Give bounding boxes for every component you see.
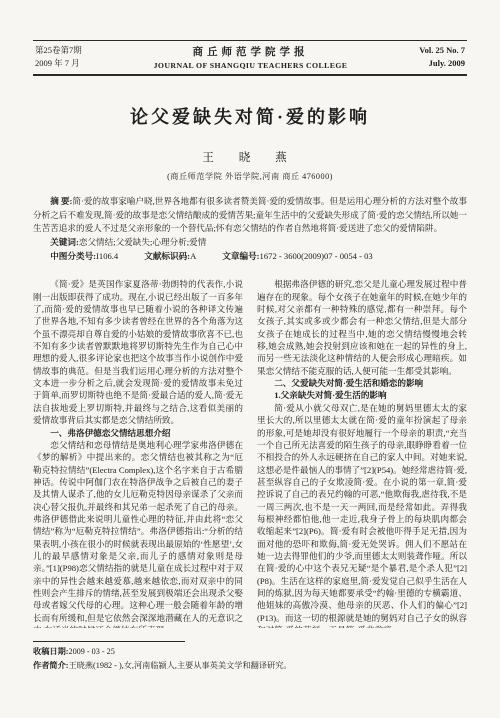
received-date-value: 2009 - 03 - 25 [68,647,114,656]
abstract-text: 简·爱的故事家喻户晓,世界各地都有很多读者赞美简·爱的爱情故事。但是运用心理分析… [33,196,467,233]
doc-code-item: 文献标识码:A [144,250,196,263]
left-column: 《简·爱》是英国作家夏洛蒂·勃朗特的代表作,小说刚一出版即获得了成功。现在,小说… [33,278,243,628]
body-paragraph: 《简·爱》是英国作家夏洛蒂·勃朗特的代表作,小说刚一出版即获得了成功。现在,小说… [33,278,243,426]
journal-name-block: 商丘师范学院学报 JOURNAL OF SHANGQIU TEACHERS CO… [82,44,420,70]
volume-info: Vol. 25 No. 7 July. 2009 [419,44,465,70]
meta-line: 中图分类号:I106.4 文献标识码:A 文章编号:1672 - 3600(20… [33,250,467,263]
body-paragraph: 简·爱从小就父母双亡,是在她的舅妈里德太太的家里长大的,所以里德太太就在简·爱的… [257,402,467,629]
journal-name-cn: 商丘师范学院学报 [82,44,420,59]
article-id-item: 文章编号:1672 - 3600(2009)07 - 0054 - 03 [222,250,372,263]
article-id-label: 文章编号: [222,251,259,261]
section-heading-1: 一、弗洛伊德恋父情结思想介绍 [33,427,243,439]
keywords-line: 关键词:恋父情结;父爱缺失;心理分析;爱情 [33,236,467,249]
abstract-label: 摘 要: [50,196,72,206]
volume-number-en: Vol. 25 No. 7 [419,44,465,57]
clc-label: 中图分类号: [50,251,96,261]
article-author: 王 晓 燕 [33,149,467,165]
received-date-label: 收稿日期: [33,647,68,656]
keywords-label: 关键词: [50,237,79,247]
sub-heading-1: 1.父亲缺失对简·爱生活的影响 [257,389,467,401]
issue-info: 第25卷第7期 2009 年 7 月 [35,44,82,70]
issue-number-cn: 第25卷第7期 [35,44,82,57]
journal-page: 第25卷第7期 2009 年 7 月 商丘师范学院学报 JOURNAL OF S… [0,0,500,718]
body-paragraph: 恋父情结和恋母情结是奥地利心理学家弗洛伊德在《梦的解析》中提出来的。恋父情结也被… [33,439,243,629]
journal-name-en: JOURNAL OF SHANGQIU TEACHERS COLLEGE [82,61,420,70]
footnote-block: 收稿日期:2009 - 03 - 25 作者简介:王晓燕(1982 - ),女,… [33,641,467,672]
article-title: 论父爱缺失对简·爱的影响 [33,103,467,129]
article-affiliation: (商丘师范学院 外语学院,河南 商丘 476000) [33,171,467,182]
right-column: 根据弗洛伊德的研究,恋父是儿童心理发展过程中普遍存在的现象。每个女孩子在她童年的… [257,278,467,628]
keywords-text: 恋父情结;父爱缺失;心理分析;爱情 [79,237,206,247]
abstract-block: 摘 要:简·爱的故事家喻户晓,世界各地都有很多读者赞美简·爱的爱情故事。但是运用… [33,195,467,263]
doc-code-value: A [190,251,196,261]
clc-value: I106.4 [96,251,118,261]
abstract-paragraph: 摘 要:简·爱的故事家喻户晓,世界各地都有很多读者赞美简·爱的爱情故事。但是运用… [33,195,467,235]
footnote-divider [33,641,185,642]
article-id-value: 1672 - 3600(2009)07 - 0054 - 03 [260,251,373,261]
author-bio-line: 作者简介:王晓燕(1982 - ),女,河南临颍人,主要从事英美文学和翻译研究。 [33,659,467,673]
body-paragraph: 根据弗洛伊德的研究,恋父是儿童心理发展过程中普遍存在的现象。每个女孩子在她童年的… [257,278,467,377]
doc-code-label: 文献标识码: [144,251,190,261]
clc-item: 中图分类号:I106.4 [50,250,118,263]
section-heading-2: 二、父爱缺失对简·爱生活和婚恋的影响 [257,377,467,389]
author-bio-label: 作者简介: [33,661,68,670]
issue-date-cn: 2009 年 7 月 [35,57,82,70]
author-bio-text: 王晓燕(1982 - ),女,河南临颍人,主要从事英美文学和翻译研究。 [68,661,291,670]
journal-header: 第25卷第7期 2009 年 7 月 商丘师范学院学报 JOURNAL OF S… [33,40,467,76]
issue-date-en: July. 2009 [419,57,465,70]
received-date-line: 收稿日期:2009 - 03 - 25 [33,645,467,659]
article-body: 《简·爱》是英国作家夏洛蒂·勃朗特的代表作,小说刚一出版即获得了成功。现在,小说… [33,278,467,628]
